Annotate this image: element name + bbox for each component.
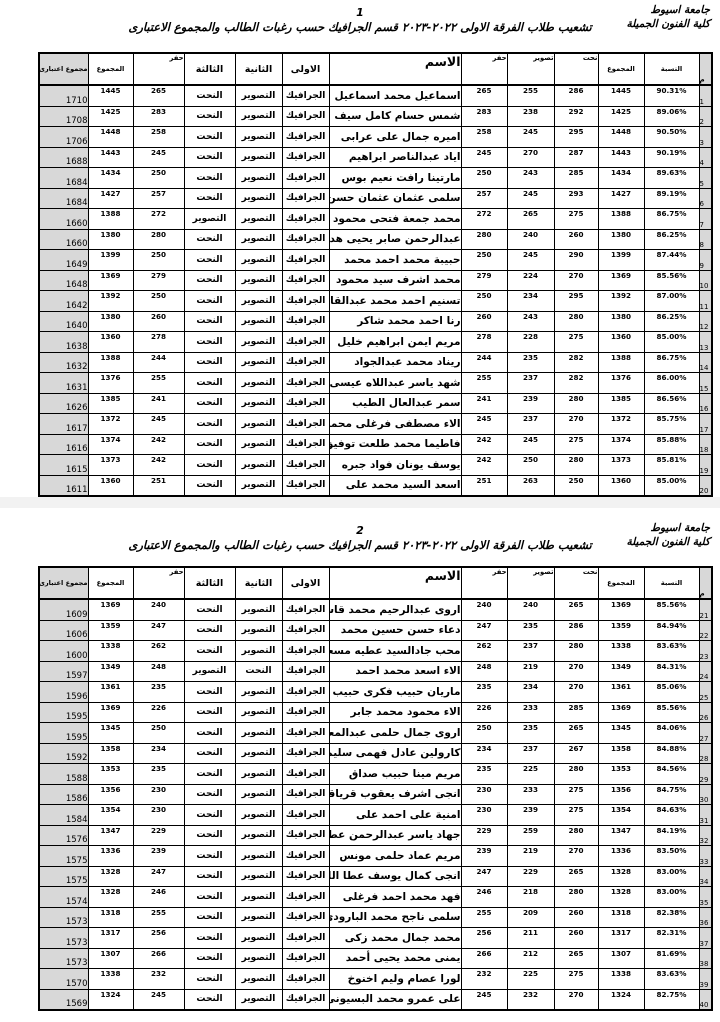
cell-total: 1385	[598, 393, 644, 414]
cell-student-name: الاء اسعد محمد احمد	[329, 661, 461, 682]
cell-sculpture-score: 292	[554, 106, 598, 127]
cell-total-2: 1317	[88, 928, 133, 949]
cell-rank: 34	[699, 866, 712, 887]
cell-considered-total: 1573	[39, 928, 88, 949]
cell-considered-total: 1584	[39, 805, 88, 826]
header-student-name: الاسم	[329, 53, 461, 85]
cell-considered-total: 1569	[39, 989, 88, 1010]
cell-student-name: اسعد السيد محمد على	[329, 475, 461, 496]
cell-rank: 21	[699, 599, 712, 620]
header-sculpture: نحت	[554, 567, 598, 599]
cell-choice-2: التصوير	[235, 270, 282, 291]
cell-rank: 8	[699, 229, 712, 250]
cell-painting-score: 239	[507, 393, 554, 414]
cell-sculpture-score: 280	[554, 887, 598, 908]
header-choice-2: الثانية	[235, 567, 282, 599]
cell-engraving-score-2: 262	[133, 641, 184, 662]
cell-student-name: يوسف يونان فواد جبره	[329, 455, 461, 476]
cell-engraving-score-2: 226	[133, 702, 184, 723]
cell-considered-total: 1616	[39, 434, 88, 455]
cell-considered-total: 1708	[39, 106, 88, 127]
header-considered-total: مجموع اعتبارى	[39, 567, 88, 599]
cell-engraving-score-2: 248	[133, 661, 184, 682]
cell-rank: 38	[699, 948, 712, 969]
cell-sculpture-score: 265	[554, 599, 598, 620]
header-rank: م	[699, 567, 712, 599]
cell-considered-total: 1660	[39, 229, 88, 250]
cell-engraving-score: 280	[461, 229, 507, 250]
cell-choice-3: النحت	[184, 723, 235, 744]
cell-student-name: سمر عبدالعال الطيب	[329, 393, 461, 414]
cell-total: 1317	[598, 928, 644, 949]
cell-engraving-score: 255	[461, 373, 507, 394]
table-header: م النسبة المجموع نحت تصوير حفر الاسم الا…	[39, 567, 712, 599]
cell-engraving-score: 240	[461, 599, 507, 620]
cell-rank: 39	[699, 969, 712, 990]
table-row: 886.25%1380260240280عبدالرحمن صابر يحيى …	[39, 229, 712, 250]
cell-choice-1: الجرافيك	[282, 641, 329, 662]
cell-total-2: 1448	[88, 127, 133, 148]
cell-engraving-score-2: 255	[133, 907, 184, 928]
cell-choice-3: التصوير	[184, 661, 235, 682]
cell-total-2: 1347	[88, 825, 133, 846]
cell-choice-2: التصوير	[235, 127, 282, 148]
cell-sculpture-score: 270	[554, 661, 598, 682]
cell-percentage: 84.06%	[644, 723, 699, 744]
cell-considered-total: 1575	[39, 846, 88, 867]
cell-percentage: 85.00%	[644, 475, 699, 496]
cell-painting-score: 237	[507, 373, 554, 394]
cell-engraving-score: 266	[461, 948, 507, 969]
cell-sculpture-score: 275	[554, 434, 598, 455]
header-painting: تصوير	[507, 567, 554, 599]
cell-engraving-score: 262	[461, 641, 507, 662]
cell-rank: 32	[699, 825, 712, 846]
cell-rank: 26	[699, 702, 712, 723]
table-row: 1187.00%1392295234250تسنيم احمد محمد عبد…	[39, 291, 712, 312]
cell-total: 1425	[598, 106, 644, 127]
cell-choice-2: التصوير	[235, 85, 282, 106]
cell-considered-total: 1706	[39, 127, 88, 148]
cell-choice-3: النحت	[184, 127, 235, 148]
cell-percentage: 89.63%	[644, 168, 699, 189]
cell-percentage: 82.38%	[644, 907, 699, 928]
cell-engraving-score-2: 239	[133, 846, 184, 867]
table-row: 689.19%1427293245257سلمى عثمان عثمان حسن…	[39, 188, 712, 209]
cell-sculpture-score: 280	[554, 825, 598, 846]
cell-total: 1372	[598, 414, 644, 435]
cell-percentage: 86.25%	[644, 311, 699, 332]
cell-percentage: 85.56%	[644, 702, 699, 723]
cell-choice-1: الجرافيك	[282, 907, 329, 928]
cell-painting-score: 219	[507, 846, 554, 867]
cell-percentage: 85.56%	[644, 270, 699, 291]
table-row: 1586.00%1376282237255شهد ياسر عبداللاه ع…	[39, 373, 712, 394]
cell-total-2: 1369	[88, 599, 133, 620]
cell-choice-1: الجرافيك	[282, 106, 329, 127]
cell-choice-1: الجرافيك	[282, 229, 329, 250]
cell-total: 1373	[598, 455, 644, 476]
cell-choice-2: التصوير	[235, 764, 282, 785]
cell-percentage: 86.00%	[644, 373, 699, 394]
cell-rank: 25	[699, 682, 712, 703]
table-row: 4082.75%1324270232245على عمرو محمد البسي…	[39, 989, 712, 1010]
cell-total-2: 1376	[88, 373, 133, 394]
cell-choice-3: النحت	[184, 373, 235, 394]
table-row: 1885.88%1374275245242فاطيما محمد طلعت تو…	[39, 434, 712, 455]
cell-sculpture-score: 280	[554, 641, 598, 662]
cell-painting-score: 255	[507, 85, 554, 106]
cell-engraving-score-2: 257	[133, 188, 184, 209]
cell-sculpture-score: 260	[554, 229, 598, 250]
cell-choice-2: التصوير	[235, 475, 282, 496]
cell-engraving-score-2: 244	[133, 352, 184, 373]
cell-engraving-score: 256	[461, 928, 507, 949]
cell-choice-1: الجرافيك	[282, 969, 329, 990]
page-separator	[0, 497, 720, 508]
cell-total: 1336	[598, 846, 644, 867]
header-total-2: المجموع	[88, 567, 133, 599]
cell-total-2: 1369	[88, 702, 133, 723]
cell-total: 1324	[598, 989, 644, 1010]
cell-choice-1: الجرافيك	[282, 887, 329, 908]
cell-choice-3: النحت	[184, 291, 235, 312]
cell-choice-2: التصوير	[235, 229, 282, 250]
cell-choice-3: النحت	[184, 250, 235, 271]
table-body-page-2: 2185.56%1369265240240اروى عبدالرحيم محمد…	[39, 599, 712, 1010]
cell-student-name: مريم مينا حبيب صداق	[329, 764, 461, 785]
roster-table-page-2: م النسبة المجموع نحت تصوير حفر الاسم الا…	[38, 566, 713, 1011]
table-row: 3682.38%1318260209255سلمى ناجح محمد البا…	[39, 907, 712, 928]
cell-choice-3: النحت	[184, 475, 235, 496]
cell-considered-total: 1688	[39, 147, 88, 168]
cell-choice-1: الجرافيك	[282, 188, 329, 209]
cell-engraving-score: 232	[461, 969, 507, 990]
cell-choice-3: النحت	[184, 106, 235, 127]
header-percentage: النسبة	[644, 567, 699, 599]
cell-considered-total: 1573	[39, 907, 88, 928]
cell-choice-1: الجرافيك	[282, 661, 329, 682]
cell-total: 1376	[598, 373, 644, 394]
table-row: 2284.94%1359286235247دعاء حسن حسين محمدا…	[39, 620, 712, 641]
cell-painting-score: 218	[507, 887, 554, 908]
cell-engraving-score: 246	[461, 887, 507, 908]
cell-painting-score: 229	[507, 866, 554, 887]
cell-total: 1347	[598, 825, 644, 846]
cell-percentage: 81.69%	[644, 948, 699, 969]
cell-percentage: 87.00%	[644, 291, 699, 312]
cell-total-2: 1388	[88, 209, 133, 230]
cell-rank: 19	[699, 455, 712, 476]
cell-rank: 18	[699, 434, 712, 455]
cell-choice-1: الجرافيك	[282, 352, 329, 373]
cell-total-2: 1307	[88, 948, 133, 969]
cell-painting-score: 235	[507, 620, 554, 641]
cell-painting-score: 224	[507, 270, 554, 291]
cell-student-name: مارتينا رافت نعيم بوس	[329, 168, 461, 189]
cell-choice-3: النحت	[184, 620, 235, 641]
cell-student-name: الاء مصطفى فرغلى محمد	[329, 414, 461, 435]
cell-engraving-score-2: 241	[133, 393, 184, 414]
cell-sculpture-score: 265	[554, 723, 598, 744]
cell-painting-score: 233	[507, 702, 554, 723]
cell-choice-1: الجرافيك	[282, 393, 329, 414]
cell-choice-1: الجرافيك	[282, 928, 329, 949]
cell-student-name: سلمى ناجح محمد البارودى	[329, 907, 461, 928]
cell-painting-score: 237	[507, 743, 554, 764]
cell-percentage: 86.25%	[644, 229, 699, 250]
cell-rank: 29	[699, 764, 712, 785]
cell-engraving-score-2: 250	[133, 291, 184, 312]
cell-rank: 11	[699, 291, 712, 312]
document: { "colors": {"shaded_cell": "#d8d8d8", "…	[0, 0, 720, 1022]
cell-rank: 17	[699, 414, 712, 435]
cell-painting-score: 219	[507, 661, 554, 682]
table-row: 2984.56%1353280225235مريم مينا حبيب صداق…	[39, 764, 712, 785]
cell-engraving-score-2: 250	[133, 250, 184, 271]
cell-considered-total: 1640	[39, 311, 88, 332]
cell-student-name: اسماعيل محمد اسماعيل	[329, 85, 461, 106]
cell-rank: 15	[699, 373, 712, 394]
cell-total-2: 1388	[88, 352, 133, 373]
cell-percentage: 85.81%	[644, 455, 699, 476]
cell-engraving-score: 248	[461, 661, 507, 682]
header-sculpture: نحت	[554, 53, 598, 85]
cell-percentage: 90.31%	[644, 85, 699, 106]
cell-engraving-score: 230	[461, 805, 507, 826]
cell-engraving-score: 258	[461, 127, 507, 148]
cell-choice-1: الجرافيك	[282, 475, 329, 496]
cell-total: 1380	[598, 311, 644, 332]
cell-rank: 33	[699, 846, 712, 867]
cell-total-2: 1427	[88, 188, 133, 209]
cell-choice-1: الجرافيك	[282, 250, 329, 271]
cell-considered-total: 1660	[39, 209, 88, 230]
cell-considered-total: 1710	[39, 85, 88, 106]
cell-engraving-score: 247	[461, 620, 507, 641]
cell-percentage: 85.00%	[644, 332, 699, 353]
cell-choice-3: النحت	[184, 764, 235, 785]
cell-total: 1445	[598, 85, 644, 106]
cell-choice-1: الجرافيك	[282, 599, 329, 620]
header-student-name: الاسم	[329, 567, 461, 599]
cell-rank: 37	[699, 928, 712, 949]
cell-engraving-score: 279	[461, 270, 507, 291]
cell-choice-3: النحت	[184, 434, 235, 455]
table-row: 987.44%1399290245250حبيبة محمد احمد محمد…	[39, 250, 712, 271]
cell-considered-total: 1648	[39, 270, 88, 291]
cell-total: 1328	[598, 887, 644, 908]
cell-total-2: 1318	[88, 907, 133, 928]
cell-sculpture-score: 265	[554, 866, 598, 887]
cell-total: 1307	[598, 948, 644, 969]
cell-engraving-score: 272	[461, 209, 507, 230]
table-row: 3184.63%1354275239230امنية على احمد علىا…	[39, 805, 712, 826]
table-row: 1486.75%1388282235244ريناد محمد عبدالجوا…	[39, 352, 712, 373]
cell-percentage: 89.19%	[644, 188, 699, 209]
cell-total: 1359	[598, 620, 644, 641]
cell-choice-3: النحت	[184, 928, 235, 949]
cell-painting-score: 228	[507, 332, 554, 353]
cell-choice-1: الجرافيك	[282, 270, 329, 291]
cell-choice-3: النحت	[184, 866, 235, 887]
cell-choice-2: التصوير	[235, 887, 282, 908]
cell-total-2: 1380	[88, 229, 133, 250]
table-row: 1385.00%1360275228278مريم ايمن ابراهيم خ…	[39, 332, 712, 353]
cell-choice-1: الجرافيك	[282, 784, 329, 805]
cell-choice-3: النحت	[184, 168, 235, 189]
cell-student-name: محب جادالسيد عطيه مسعود	[329, 641, 461, 662]
header-engraving-2: حفر	[133, 53, 184, 85]
table-row: 2484.31%1349270219248الاء اسعد محمد احمد…	[39, 661, 712, 682]
cell-choice-2: التصوير	[235, 743, 282, 764]
cell-engraving-score: 250	[461, 168, 507, 189]
cell-painting-score: 235	[507, 352, 554, 373]
cell-choice-1: الجرافيك	[282, 846, 329, 867]
table-row: 589.63%1434285243250مارتينا رافت نعيم بو…	[39, 168, 712, 189]
cell-total: 1354	[598, 805, 644, 826]
cell-total: 1369	[598, 599, 644, 620]
cell-choice-2: التصوير	[235, 332, 282, 353]
cell-student-name: على عمرو محمد البسيونى	[329, 989, 461, 1010]
cell-painting-score: 232	[507, 989, 554, 1010]
cell-choice-3: النحت	[184, 702, 235, 723]
cell-rank: 4	[699, 147, 712, 168]
cell-engraving-score-2: 250	[133, 723, 184, 744]
header-choice-3: الثالثة	[184, 567, 235, 599]
table-row: 2585.06%1361270234235ماريان حبيب فكرى حب…	[39, 682, 712, 703]
header-engraving: حفر	[461, 53, 507, 85]
cell-engraving-score-2: 234	[133, 743, 184, 764]
table-row: 3583.00%1328280218246فهد محمد احمد فرغلى…	[39, 887, 712, 908]
cell-sculpture-score: 265	[554, 948, 598, 969]
cell-sculpture-score: 275	[554, 969, 598, 990]
cell-painting-score: 237	[507, 641, 554, 662]
cell-rank: 20	[699, 475, 712, 496]
table-body-page-1: 190.31%1445286255265اسماعيل محمد اسماعيل…	[39, 85, 712, 496]
cell-engraving-score-2: 278	[133, 332, 184, 353]
cell-considered-total: 1574	[39, 887, 88, 908]
cell-considered-total: 1626	[39, 393, 88, 414]
cell-choice-2: التصوير	[235, 250, 282, 271]
cell-choice-2: التصوير	[235, 373, 282, 394]
cell-engraving-score-2: 245	[133, 414, 184, 435]
cell-student-name: محمد جمال محمد زكى	[329, 928, 461, 949]
cell-considered-total: 1575	[39, 866, 88, 887]
cell-student-name: امنية على احمد على	[329, 805, 461, 826]
cell-engraving-score: 235	[461, 764, 507, 785]
cell-student-name: محمد جمعة فتحى محمود	[329, 209, 461, 230]
cell-choice-2: التصوير	[235, 825, 282, 846]
cell-considered-total: 1632	[39, 352, 88, 373]
cell-painting-score: 237	[507, 414, 554, 435]
cell-total-2: 1338	[88, 969, 133, 990]
cell-rank: 3	[699, 127, 712, 148]
cell-choice-1: الجرافيك	[282, 455, 329, 476]
cell-choice-2: التصوير	[235, 682, 282, 703]
cell-rank: 23	[699, 641, 712, 662]
cell-engraving-score-2: 229	[133, 825, 184, 846]
table-row: 2685.56%1369285233226الاء محمود محمد جاب…	[39, 702, 712, 723]
cell-painting-score: 209	[507, 907, 554, 928]
cell-total: 1388	[598, 352, 644, 373]
cell-student-name: حبيبة محمد احمد محمد	[329, 250, 461, 271]
table-row: 3383.50%1336270219239مريم عماد حلمى مونس…	[39, 846, 712, 867]
cell-percentage: 84.94%	[644, 620, 699, 641]
page-number: 1	[0, 6, 720, 19]
table-row: 490.19%1443287270245اياد عبدالناصر ابراه…	[39, 147, 712, 168]
table-row: 3084.75%1356275233230انجى اشرف يعقوب قري…	[39, 784, 712, 805]
cell-sculpture-score: 285	[554, 702, 598, 723]
cell-painting-score: 233	[507, 784, 554, 805]
header-choice-3: الثالثة	[184, 53, 235, 85]
cell-choice-3: النحت	[184, 414, 235, 435]
cell-rank: 14	[699, 352, 712, 373]
cell-painting-score: 238	[507, 106, 554, 127]
cell-choice-1: الجرافيك	[282, 989, 329, 1010]
table-row: 2085.00%1360250263251اسعد السيد محمد على…	[39, 475, 712, 496]
cell-total: 1328	[598, 866, 644, 887]
cell-sculpture-score: 250	[554, 475, 598, 496]
cell-student-name: اروى جمال حلمى عبدالمعز	[329, 723, 461, 744]
cell-total: 1353	[598, 764, 644, 785]
cell-choice-1: الجرافيك	[282, 291, 329, 312]
cell-choice-1: الجرافيك	[282, 434, 329, 455]
cell-considered-total: 1684	[39, 168, 88, 189]
cell-considered-total: 1617	[39, 414, 88, 435]
cell-total-2: 1360	[88, 475, 133, 496]
cell-sculpture-score: 275	[554, 209, 598, 230]
cell-choice-2: التصوير	[235, 907, 282, 928]
cell-engraving-score-2: 240	[133, 599, 184, 620]
table-row: 2185.56%1369265240240اروى عبدالرحيم محمد…	[39, 599, 712, 620]
cell-total: 1392	[598, 291, 644, 312]
cell-painting-score: 250	[507, 455, 554, 476]
cell-sculpture-score: 270	[554, 270, 598, 291]
cell-engraving-score-2: 258	[133, 127, 184, 148]
cell-student-name: كارولين عادل فهمى سليمان	[329, 743, 461, 764]
cell-considered-total: 1595	[39, 702, 88, 723]
cell-total-2: 1324	[88, 989, 133, 1010]
cell-engraving-score-2: 255	[133, 373, 184, 394]
cell-student-name: مريم عماد حلمى مونس	[329, 846, 461, 867]
cell-student-name: اروى عبدالرحيم محمد قاسم	[329, 599, 461, 620]
cell-engraving-score: 257	[461, 188, 507, 209]
cell-choice-1: الجرافيك	[282, 805, 329, 826]
cell-painting-score: 245	[507, 250, 554, 271]
header-total: المجموع	[598, 567, 644, 599]
cell-total-2: 1359	[88, 620, 133, 641]
cell-choice-3: النحت	[184, 352, 235, 373]
cell-total: 1360	[598, 475, 644, 496]
cell-student-name: انجى اشرف يعقوب قرياقص	[329, 784, 461, 805]
table-row: 289.06%1425292238283شمس حسام كامل سيف ال…	[39, 106, 712, 127]
cell-student-name: سلمى عثمان عثمان حسن	[329, 188, 461, 209]
cell-sculpture-score: 275	[554, 805, 598, 826]
cell-painting-score: 225	[507, 969, 554, 990]
cell-considered-total: 1573	[39, 948, 88, 969]
cell-engraving-score-2: 235	[133, 764, 184, 785]
cell-engraving-score-2: 247	[133, 866, 184, 887]
cell-rank: 6	[699, 188, 712, 209]
cell-rank: 36	[699, 907, 712, 928]
header-choice-2: الثانية	[235, 53, 282, 85]
cell-sculpture-score: 280	[554, 393, 598, 414]
cell-engraving-score: 245	[461, 147, 507, 168]
cell-choice-3: النحت	[184, 332, 235, 353]
cell-choice-2: التصوير	[235, 106, 282, 127]
cell-engraving-score: 230	[461, 784, 507, 805]
